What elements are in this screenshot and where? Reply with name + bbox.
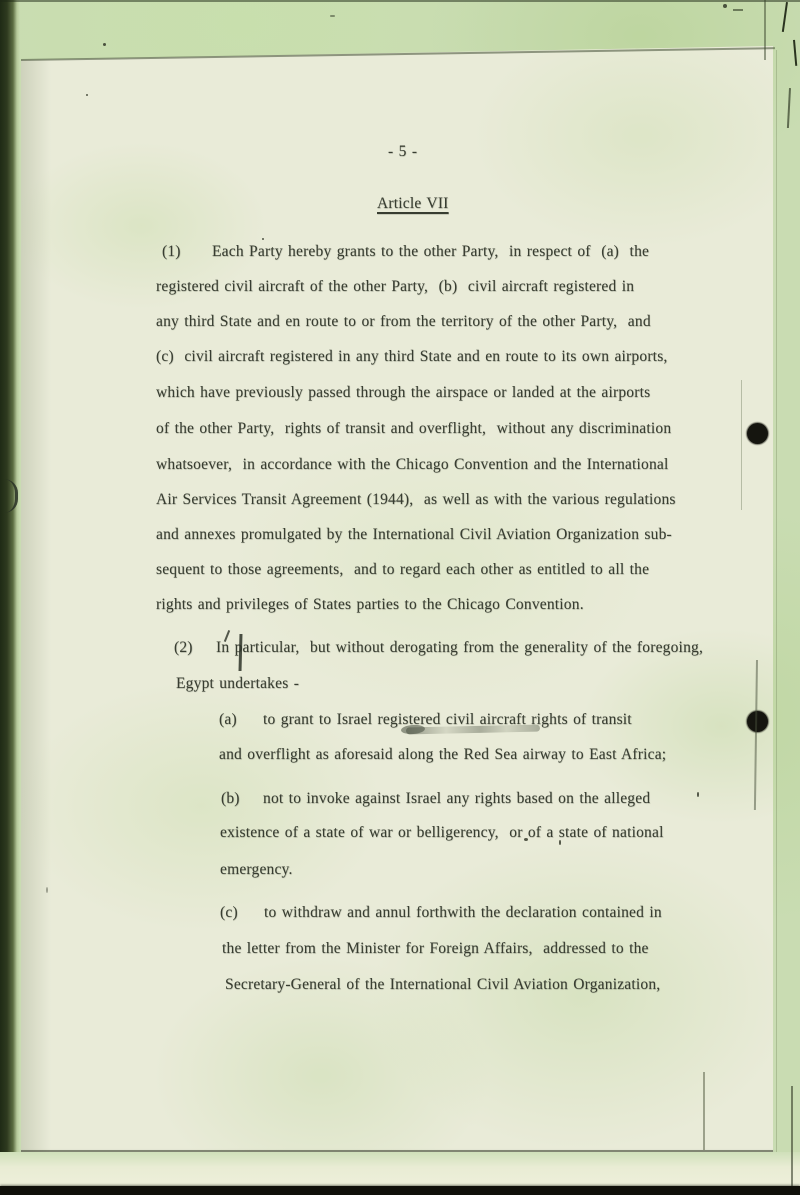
crease-line bbox=[741, 380, 742, 510]
paragraph-1-number: (1) bbox=[162, 242, 181, 262]
text-line: emergency. bbox=[220, 860, 293, 880]
text-line: of the other Party, rights of transit an… bbox=[156, 419, 671, 439]
text-line: Each Party hereby grants to the other Pa… bbox=[212, 242, 649, 262]
text-line: not to invoke against Israel any rights … bbox=[263, 789, 650, 809]
paragraph-2-number: (2) bbox=[174, 638, 193, 658]
item-b-number: (b) bbox=[221, 789, 240, 809]
ink-speck bbox=[723, 4, 727, 8]
ink-speck bbox=[262, 238, 264, 240]
text-line: the letter from the Minister for Foreign… bbox=[222, 939, 649, 959]
crease-line bbox=[791, 1086, 793, 1186]
text-line: existence of a state of war or belligere… bbox=[220, 823, 664, 843]
ink-speck bbox=[697, 792, 699, 797]
scan-left-edge bbox=[0, 0, 20, 1195]
crease-line bbox=[764, 0, 766, 60]
text-line: Egypt undertakes - bbox=[176, 674, 299, 694]
ink-speck bbox=[330, 15, 335, 17]
scratch-mark bbox=[787, 88, 791, 128]
text-line: Air Services Transit Agreement (1944), a… bbox=[156, 490, 676, 510]
text-line: which have previously passed through the… bbox=[156, 383, 650, 403]
ink-speck bbox=[103, 43, 106, 46]
text-line: rights and privileges of States parties … bbox=[156, 595, 584, 615]
ink-speck bbox=[524, 838, 528, 841]
punch-hole-top bbox=[747, 423, 768, 444]
scratch-mark bbox=[793, 40, 797, 66]
text-line: sequent to those agreements, and to rega… bbox=[156, 560, 649, 580]
text-line: (c) civil aircraft registered in any thi… bbox=[156, 347, 668, 367]
ink-speck bbox=[46, 887, 48, 893]
ink-speck bbox=[559, 840, 561, 845]
text-line: any third State and en route to or from … bbox=[156, 312, 651, 332]
article-title: Article VII bbox=[377, 194, 449, 214]
page-number: - 5 - bbox=[388, 142, 417, 162]
item-a-number: (a) bbox=[219, 710, 237, 730]
text-line: to withdraw and annul forthwith the decl… bbox=[264, 903, 662, 923]
bottom-paper-strip bbox=[0, 1152, 800, 1186]
text-line: and overflight as aforesaid along the Re… bbox=[219, 745, 666, 765]
scanned-document: - 5 - Article VII (1) Each Party hereby … bbox=[0, 0, 800, 1195]
crease-line bbox=[703, 1072, 705, 1150]
text-line: In particular, but without derogating fr… bbox=[216, 638, 703, 658]
page-right-edge bbox=[776, 50, 777, 1152]
ink-speck bbox=[86, 94, 88, 96]
text-line: whatsoever, in accordance with the Chica… bbox=[156, 455, 669, 475]
text-line: and annexes promulgated by the Internati… bbox=[156, 525, 672, 545]
text-line: registered civil aircraft of the other P… bbox=[156, 277, 634, 297]
scan-top-edge bbox=[0, 0, 800, 2]
scratch-mark bbox=[733, 9, 743, 11]
text-line: Secretary-General of the International C… bbox=[225, 975, 660, 995]
scan-bottom-bar bbox=[0, 1186, 800, 1195]
punch-hole-bottom bbox=[747, 711, 768, 732]
scratch-mark bbox=[782, 2, 788, 32]
item-c-number: (c) bbox=[220, 903, 238, 923]
